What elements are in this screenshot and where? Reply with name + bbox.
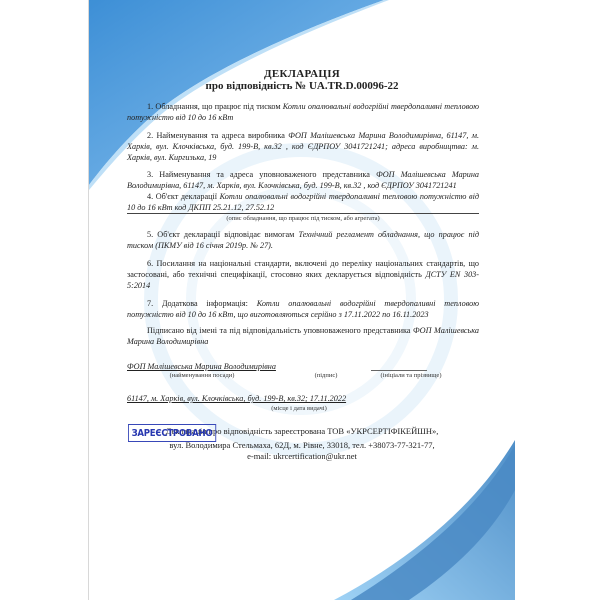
item-3-label: 3. Найменування та адреса уповноваженого…	[147, 170, 370, 179]
registration-email: e-mail: ukrcertification@ukr.net	[89, 451, 515, 462]
item-4-underline	[127, 213, 479, 214]
item-7-label: 7. Додаткова інформація:	[147, 299, 248, 308]
registered-stamp: ЗАРЕЄСТРОВАНО	[128, 424, 216, 442]
place-date-value: 61147, м. Харків, вул. Клочківська, буд.…	[127, 393, 346, 404]
signed-text: Підписано від імені та під відповідальні…	[147, 326, 410, 335]
item-4-label: 4. Об'єкт декларації	[147, 192, 217, 201]
item-2: 2. Найменування та адреса виробника ФОП …	[127, 130, 479, 163]
item-7: 7. Додаткова інформація: Котли опалюваль…	[127, 298, 479, 320]
place-date-caption: (місце і дата видачі)	[239, 405, 359, 412]
initials-line	[371, 370, 427, 371]
item-4-caption: (опис обладнання, що працює під тиском, …	[127, 215, 479, 222]
item-5-label: 5. Об'єкт декларації відповідає вимогам	[147, 230, 294, 239]
position-value: ФОП Малішевська Марина Володимирівна	[127, 361, 276, 372]
document-title: ДЕКЛАРАЦІЯ	[89, 68, 515, 80]
position-caption: (найменування посади)	[137, 372, 267, 379]
item-3: 3. Найменування та адреса уповноваженого…	[127, 169, 479, 191]
signature-caption: (підпис)	[301, 372, 351, 379]
item-5: 5. Об'єкт декларації відповідає вимогам …	[127, 229, 479, 251]
item-4: 4. Об'єкт декларації Котли опалювальні в…	[127, 191, 479, 213]
item-1-label: 1. Обладнання, що працює під тиском	[147, 102, 281, 111]
document-subtitle: про відповідність № UA.TR.D.00096-22	[89, 80, 515, 92]
item-2-label: 2. Найменування та адреса виробника	[147, 131, 285, 140]
initials-caption: (ініціали та прізвище)	[371, 372, 451, 379]
declaration-content: ДЕКЛАРАЦІЯ про відповідність № UA.TR.D.0…	[89, 0, 515, 600]
signed-statement: Підписано від імені та під відповідальні…	[127, 325, 479, 347]
declaration-page: ДЕКЛАРАЦІЯ про відповідність № UA.TR.D.0…	[88, 0, 515, 600]
item-1: 1. Обладнання, що працює під тиском Котл…	[127, 101, 479, 123]
item-6: 6. Посилання на національні стандарти, в…	[127, 258, 479, 291]
